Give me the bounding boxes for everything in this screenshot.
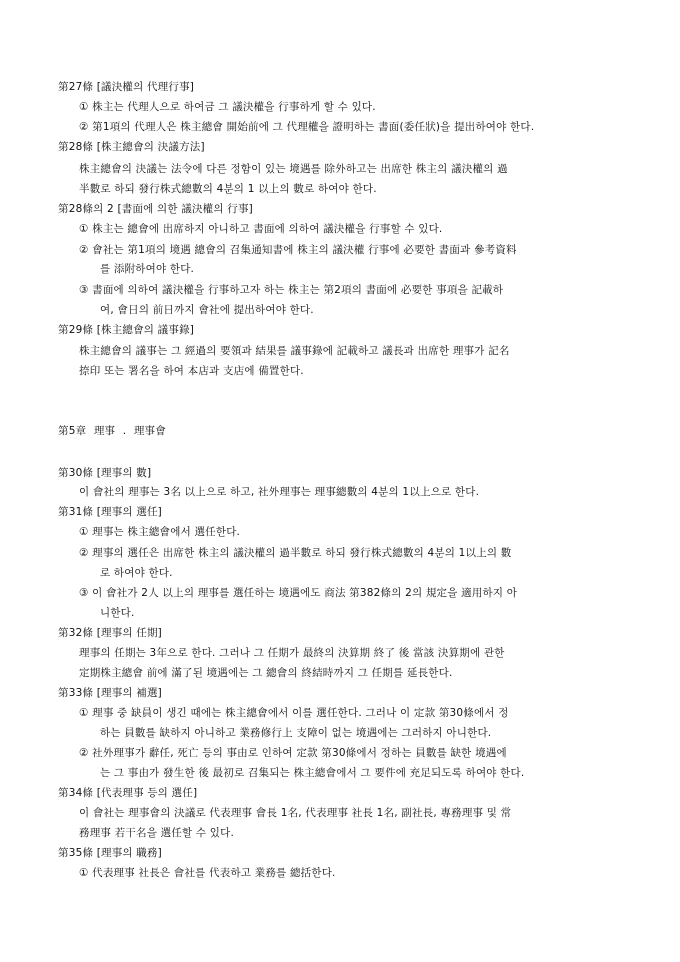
article-31-item-1: ① 理事는 株主總會에서 選任한다. <box>79 525 240 539</box>
article-31-item-3-cont: 니한다. <box>100 606 135 620</box>
article-28-heading: 第28條 [株主總會의 決議方法] <box>58 140 205 154</box>
article-28-body-line-2: 半數로 하되 發行株式總數의 4분의 1 以上의 數로 하여야 한다. <box>79 182 377 196</box>
article-31-item-3: ③ 이 會社가 2人 以上의 理事를 選任하는 境遇에도 商法 第382條의 2… <box>79 586 517 600</box>
article-27-heading: 第27條 [議決權의 代理行事] <box>58 80 194 94</box>
article-33-item-2-cont: 는 그 事由가 發生한 後 最初로 召集되는 株主總會에서 그 要件에 充足되도… <box>100 766 524 780</box>
article-35-item-1: ① 代表理事 社長은 會社를 代表하고 業務를 總括한다. <box>79 866 336 880</box>
document-page: 第27條 [議決權의 代理行事] ① 株主는 代理人으로 하여금 그 議決權을 … <box>0 0 680 962</box>
article-33-heading: 第33條 [理事의 補選] <box>58 686 162 700</box>
article-28-2-item-3-cont: 여, 會日의 前日까지 會社에 提出하여야 한다. <box>100 303 314 317</box>
article-29-body-line-2: 捺印 또는 署名을 하여 本店과 支店에 備置한다. <box>79 364 304 378</box>
article-28-2-item-2-cont: 를 添附하여야 한다. <box>100 262 194 276</box>
article-28-2-heading: 第28條의 2 [書面에 의한 議決權의 行事] <box>58 202 253 216</box>
article-32-body-line-1: 理事의 任期는 3年으로 한다. 그러나 그 任期가 最終의 決算期 終了 後 … <box>79 646 505 660</box>
article-28-2-item-3: ③ 書面에 의하여 議決權을 行事하고자 하는 株主는 第2項의 書面에 必要한… <box>79 283 503 297</box>
article-30-body-line-1: 이 會社의 理事는 3名 以上으로 하고, 社外理事는 理事總數의 4분의 1以… <box>79 485 479 499</box>
article-32-body-line-2: 定期株主總會 前에 滿了된 境遇에는 그 總會의 終結時까지 그 任期를 延長한… <box>79 666 453 680</box>
article-29-heading: 第29條 [株主總會의 議事錄] <box>58 323 194 337</box>
article-34-heading: 第34條 [代表理事 등의 選任] <box>58 786 197 800</box>
article-27-item-1: ① 株主는 代理人으로 하여금 그 議決權을 行事하게 할 수 있다. <box>79 100 376 114</box>
article-28-body-line-1: 株主總會의 決議는 法令에 다른 정함이 있는 境遇를 除外하고는 出席한 株主… <box>79 162 508 176</box>
chapter-heading: 第5章 理事 . 理事會 <box>58 424 166 438</box>
article-28-2-item-1: ① 株主는 總會에 出席하지 아니하고 書面에 의하여 議決權을 行事할 수 있… <box>79 222 442 236</box>
article-33-item-1-cont: 하는 員數를 缺하지 아니하고 業務修行上 支障이 없는 境遇에는 그러하지 아… <box>100 726 491 740</box>
article-31-heading: 第31條 [理事의 選任] <box>58 505 162 519</box>
article-33-item-1: ① 理事 중 缺員이 생긴 때에는 株主總會에서 이를 選任한다. 그러나 이 … <box>79 706 509 720</box>
article-33-item-2: ② 社外理事가 辭任, 死亡 등의 事由로 인하여 定款 第30條에서 정하는 … <box>79 746 507 760</box>
article-31-item-2-cont: 로 하여야 한다. <box>100 566 173 580</box>
article-34-body-line-2: 務理事 若干名을 選任할 수 있다. <box>79 826 234 840</box>
article-32-heading: 第32條 [理事의 任期] <box>58 626 162 640</box>
article-35-heading: 第35條 [理事의 職務] <box>58 846 162 860</box>
article-30-heading: 第30條 [理事의 數] <box>58 466 151 480</box>
article-34-body-line-1: 이 會社는 理事會의 決議로 代表理事 會長 1名, 代表理事 社長 1名, 副… <box>79 806 511 820</box>
article-28-2-item-2: ② 會社는 第1項의 境遇 總會의 召集通知書에 株主의 議決權 行事에 必要한… <box>79 243 517 257</box>
article-31-item-2: ② 理事의 選任은 出席한 株主의 議決權의 過半數로 하되 發行株式總數의 4… <box>79 546 512 560</box>
article-27-item-2: ② 第1項의 代理人은 株主總會 開始前에 그 代理權을 證明하는 書面(委任狀… <box>79 120 534 134</box>
article-29-body-line-1: 株主總會의 議事는 그 經過의 要領과 結果를 議事錄에 記載하고 議長과 出席… <box>79 344 510 358</box>
